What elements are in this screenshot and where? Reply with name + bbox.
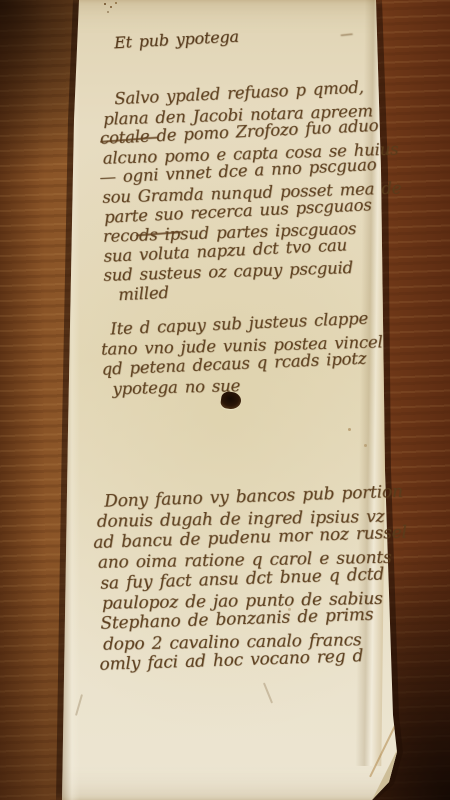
paragraph-2: Ite d capuy sub justeus clappe tano vno … — [94, 310, 384, 400]
page-mark: — — [339, 26, 353, 42]
faint-pen-mark — [263, 682, 273, 703]
manuscript-photo: Et pub ypotega — Salvo ypaled refuaso p … — [0, 0, 450, 800]
paper-stain-dots — [348, 428, 351, 431]
paragraph-3: Dony fauno vy bancos pub portion donuis … — [90, 484, 410, 676]
ink-specks — [104, 3, 106, 5]
paragraph-1: Salvo ypaled refuaso p qmod, plana den J… — [96, 78, 405, 305]
